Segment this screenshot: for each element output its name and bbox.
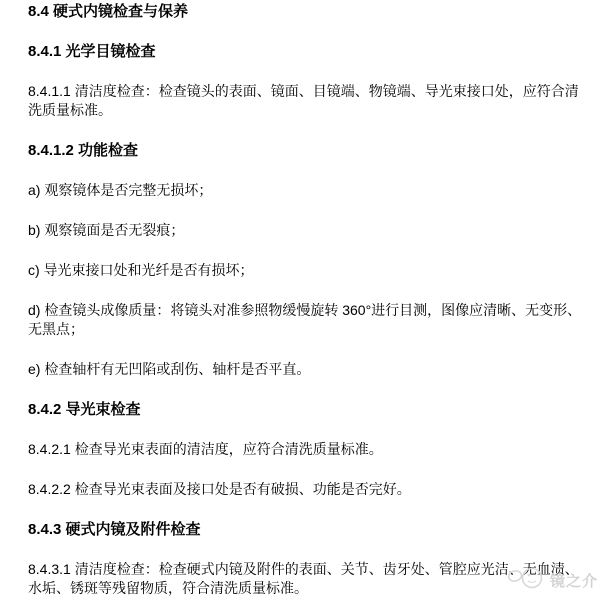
- body-paragraph: 8.4.2.1 检查导光束表面的清洁度，应符合清洗质量标准。: [28, 440, 601, 459]
- watermark-text: 镜之介: [550, 570, 598, 591]
- list-item-d: d) 检查镜头成像质量：将镜头对准参照物缓慢旋转 360°进行目测，图像应清晰、…: [28, 301, 601, 339]
- list-item-c: c) 导光束接口处和光纤是否有损坏；: [28, 261, 601, 280]
- section-heading: 8.4.2 导光束检查: [28, 400, 601, 419]
- list-item-e: e) 检查轴杆有无凹陷或刮伤、轴杆是否平直。: [28, 360, 601, 379]
- document-body: 8.4 硬式内镜检查与保养 8.4.1 光学目镜检查 8.4.1.1 清洁度检查…: [0, 0, 613, 598]
- section-heading: 8.4.1.2 功能检查: [28, 141, 601, 160]
- list-item-a: a) 观察镜体是否完整无损坏；: [28, 181, 601, 200]
- body-paragraph: 8.4.1.1 清洁度检查：检查镜头的表面、镜面、目镜端、物镜端、导光束接口处，…: [28, 82, 601, 120]
- section-heading: 8.4 硬式内镜检查与保养: [28, 2, 601, 21]
- section-heading: 8.4.1 光学目镜检查: [28, 42, 601, 61]
- mascot-circles-icon: [507, 566, 545, 594]
- watermark: 镜之介: [507, 566, 598, 594]
- section-heading: 8.4.3 硬式内镜及附件检查: [28, 520, 601, 539]
- list-item-b: b) 观察镜面是否无裂痕；: [28, 221, 601, 240]
- body-paragraph: 8.4.2.2 检查导光束表面及接口处是否有破损、功能是否完好。: [28, 480, 601, 499]
